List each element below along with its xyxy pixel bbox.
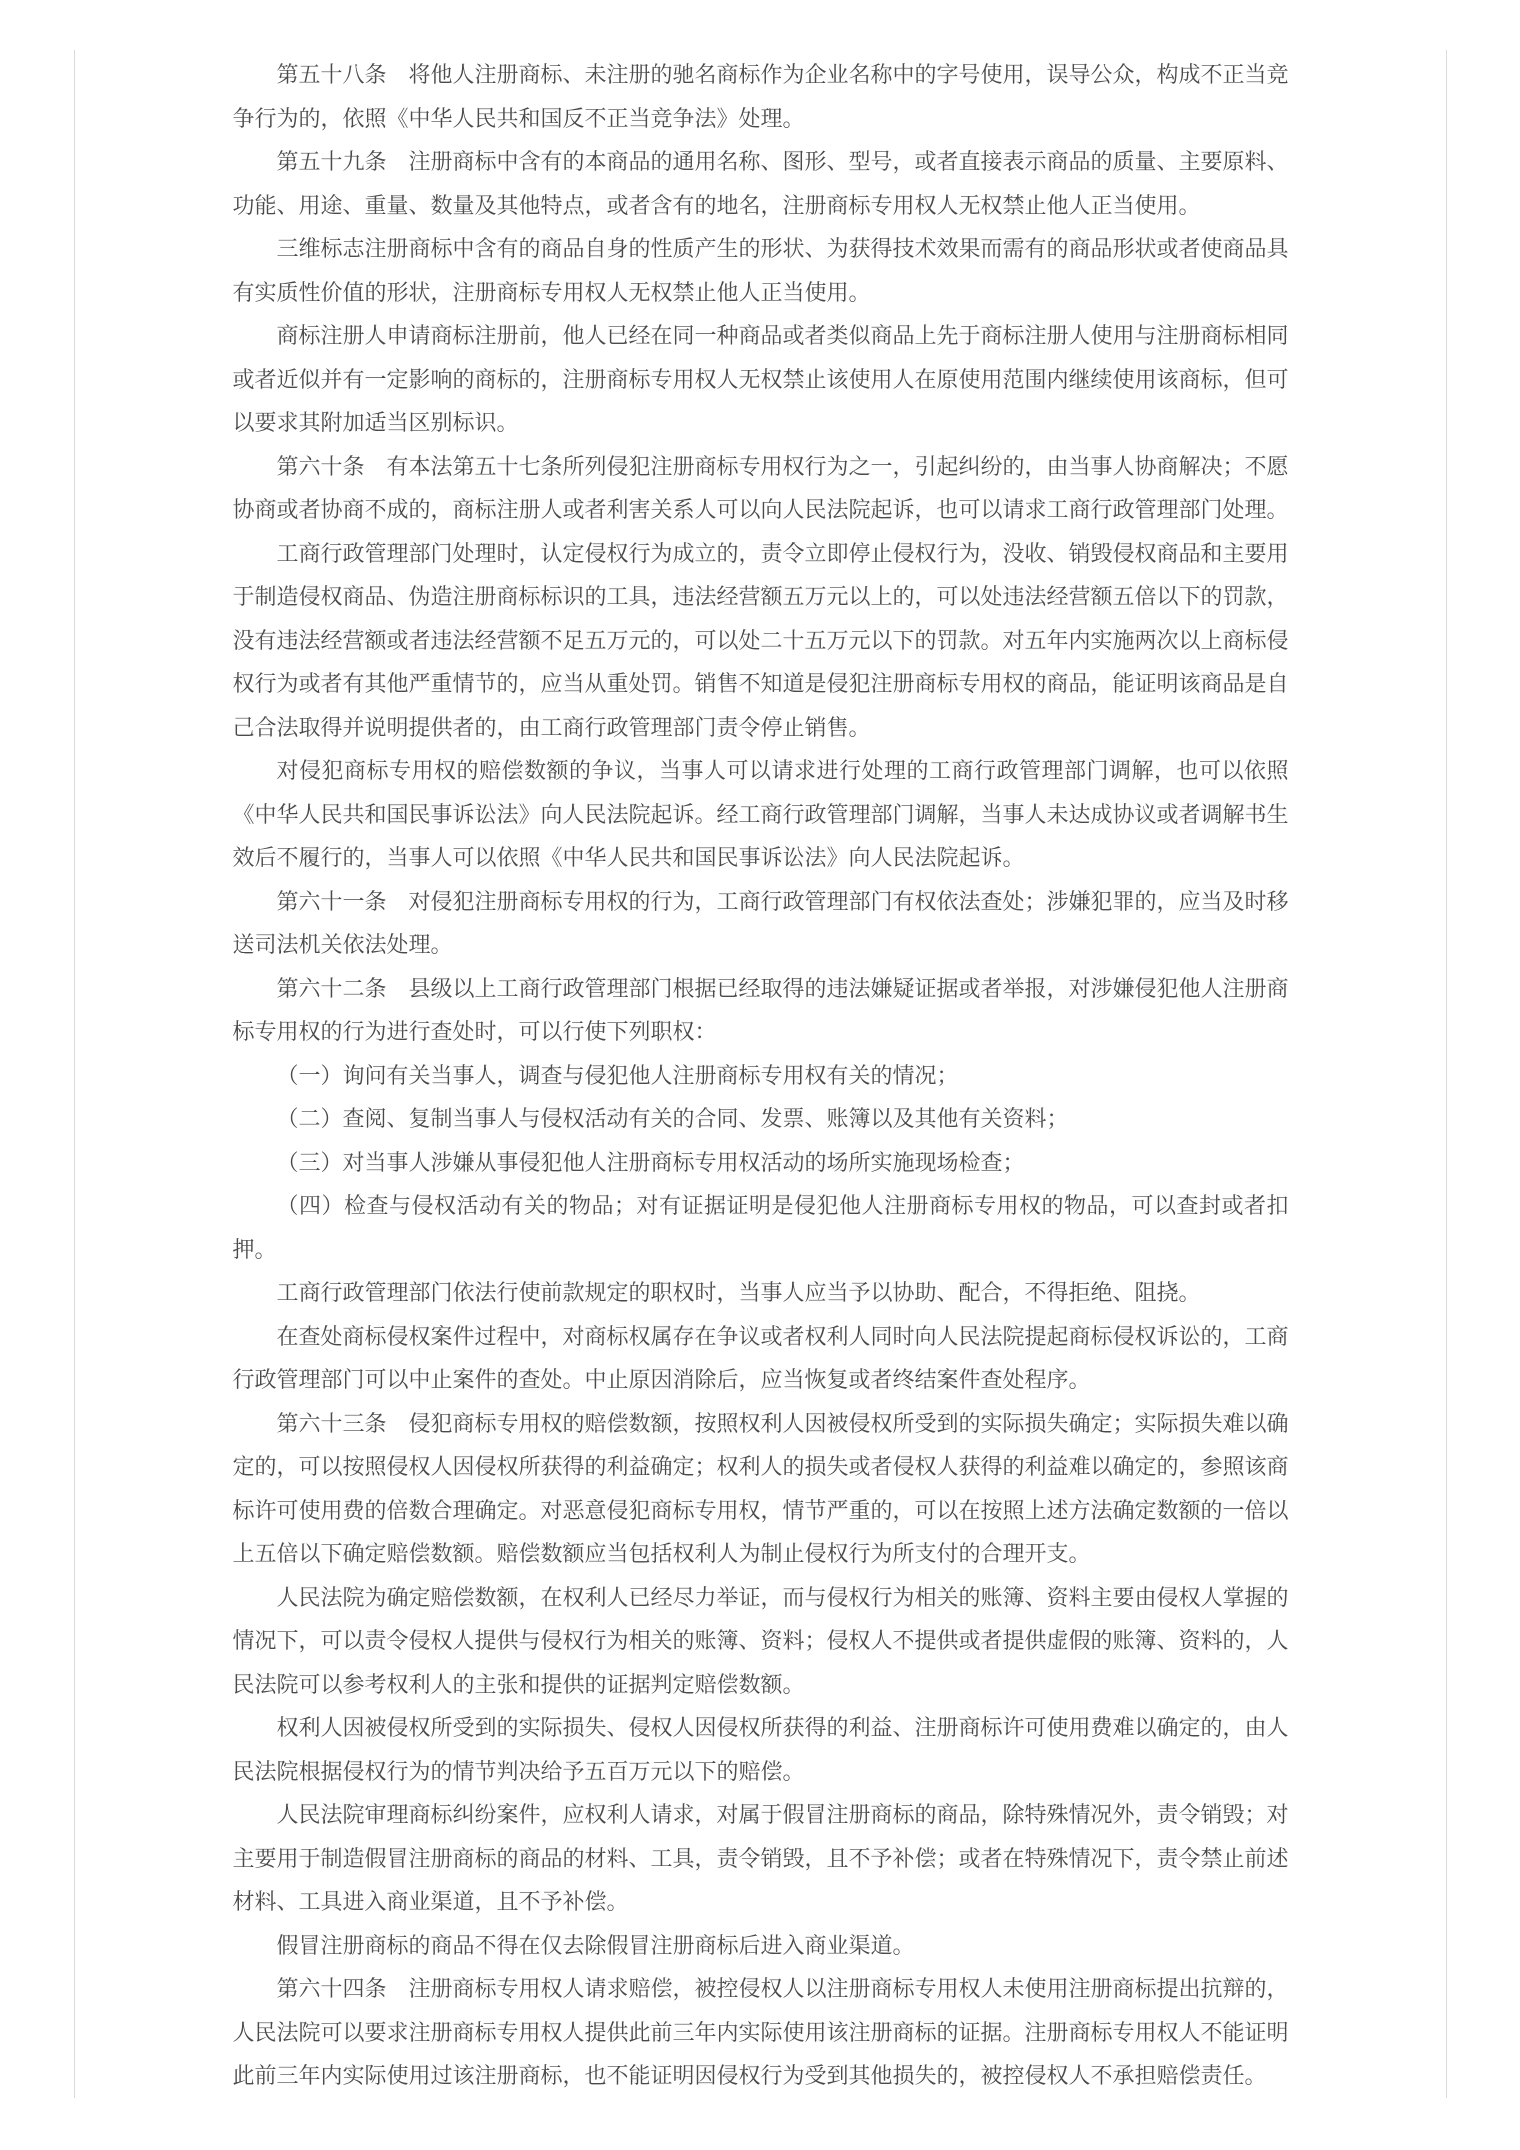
paragraph: 三维标志注册商标中含有的商品自身的性质产生的形状、为获得技术效果而需有的商品形状… <box>233 227 1289 314</box>
paragraph: 第六十四条 注册商标专用权人请求赔偿，被控侵权人以注册商标专用权人未使用注册商标… <box>233 1967 1289 2098</box>
document-body: 第五十八条 将他人注册商标、未注册的驰名商标作为企业名称中的字号使用，误导公众，… <box>233 53 1289 2098</box>
paragraph: 在查处商标侵权案件过程中，对商标权属存在争议或者权利人同时向人民法院提起商标侵权… <box>233 1315 1289 1402</box>
paragraph: 权利人因被侵权所受到的实际损失、侵权人因侵权所获得的利益、注册商标许可使用费难以… <box>233 1706 1289 1793</box>
paragraph: 第五十八条 将他人注册商标、未注册的驰名商标作为企业名称中的字号使用，误导公众，… <box>233 53 1289 140</box>
paragraph: 第六十一条 对侵犯注册商标专用权的行为，工商行政管理部门有权依法查处；涉嫌犯罪的… <box>233 880 1289 967</box>
paragraph: 工商行政管理部门处理时，认定侵权行为成立的，责令立即停止侵权行为，没收、销毁侵权… <box>233 532 1289 750</box>
paragraph: （三）对当事人涉嫌从事侵犯他人注册商标专用权活动的场所实施现场检查； <box>233 1141 1289 1185</box>
paragraph: 第六十三条 侵犯商标专用权的赔偿数额，按照权利人因被侵权所受到的实际损失确定；实… <box>233 1402 1289 1576</box>
paragraph: 人民法院审理商标纠纷案件，应权利人请求，对属于假冒注册商标的商品，除特殊情况外，… <box>233 1793 1289 1924</box>
paragraph: 商标注册人申请商标注册前，他人已经在同一种商品或者类似商品上先于商标注册人使用与… <box>233 314 1289 445</box>
paragraph: （一）询问有关当事人，调查与侵犯他人注册商标专用权有关的情况； <box>233 1054 1289 1098</box>
paragraph: 第六十二条 县级以上工商行政管理部门根据已经取得的违法嫌疑证据或者举报，对涉嫌侵… <box>233 967 1289 1054</box>
paragraph: 对侵犯商标专用权的赔偿数额的争议，当事人可以请求进行处理的工商行政管理部门调解，… <box>233 749 1289 880</box>
document-page: 第五十八条 将他人注册商标、未注册的驰名商标作为企业名称中的字号使用，误导公众，… <box>74 50 1447 2098</box>
paragraph: 假冒注册商标的商品不得在仅去除假冒注册商标后进入商业渠道。 <box>233 1924 1289 1968</box>
paragraph: 第六十条 有本法第五十七条所列侵犯注册商标专用权行为之一，引起纠纷的，由当事人协… <box>233 445 1289 532</box>
paragraph: （四）检查与侵权活动有关的物品；对有证据证明是侵犯他人注册商标专用权的物品，可以… <box>233 1184 1289 1271</box>
paragraph: 工商行政管理部门依法行使前款规定的职权时，当事人应当予以协助、配合，不得拒绝、阻… <box>233 1271 1289 1315</box>
paragraph: 人民法院为确定赔偿数额，在权利人已经尽力举证，而与侵权行为相关的账簿、资料主要由… <box>233 1576 1289 1707</box>
paragraph: 第五十九条 注册商标中含有的本商品的通用名称、图形、型号，或者直接表示商品的质量… <box>233 140 1289 227</box>
paragraph: （二）查阅、复制当事人与侵权活动有关的合同、发票、账簿以及其他有关资料； <box>233 1097 1289 1141</box>
